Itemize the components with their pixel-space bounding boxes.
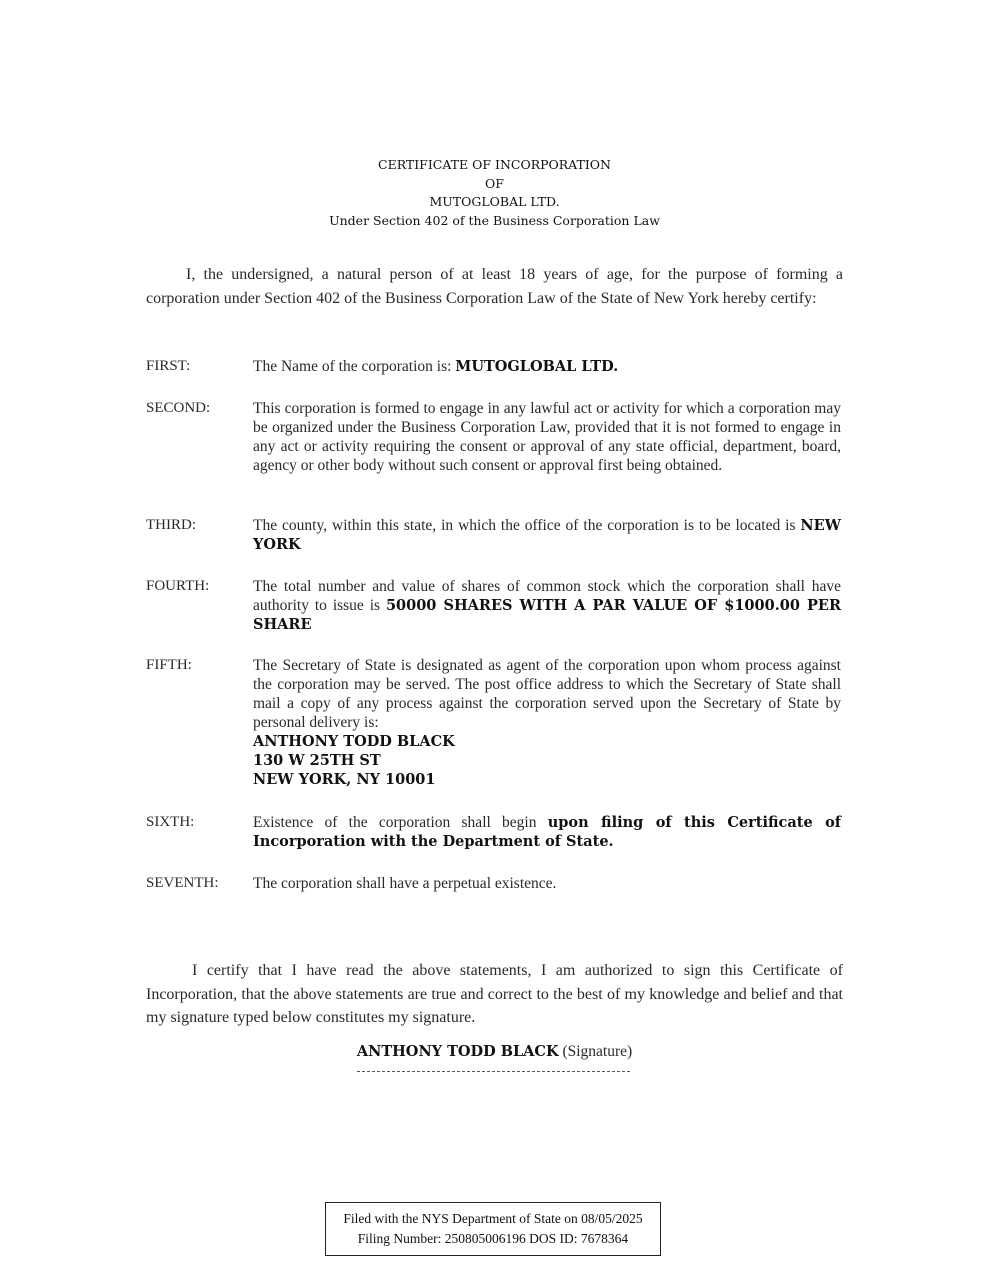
certification-paragraph: I certify that I have read the above sta…	[146, 959, 843, 1030]
title-line-2: OF	[0, 175, 989, 194]
article-label: FIRST:	[146, 357, 190, 376]
title-corporation-name: MUTOGLOBAL LTD.	[0, 193, 989, 212]
article-body: Existence of the corporation shall begin…	[253, 813, 841, 851]
filing-date-line: Filed with the NYS Department of State o…	[326, 1209, 660, 1229]
article-label: THIRD:	[146, 516, 196, 535]
article-label: SEVENTH:	[146, 874, 219, 893]
article-body: The total number and value of shares of …	[253, 577, 841, 634]
article-label: SECOND:	[146, 399, 210, 418]
article-label: SIXTH:	[146, 813, 194, 832]
document-title: CERTIFICATE OF INCORPORATION OF MUTOGLOB…	[0, 156, 989, 230]
title-line-1: CERTIFICATE OF INCORPORATION	[0, 156, 989, 175]
article-body: The Name of the corporation is: MUTOGLOB…	[253, 357, 841, 376]
certification-text: I certify that I have read the above sta…	[146, 962, 843, 1026]
signature-block: ANTHONY TODD BLACK (Signature)	[0, 1043, 989, 1061]
agent-street: 130 W 25TH ST	[253, 751, 841, 770]
signer-name: ANTHONY TODD BLACK	[357, 1043, 559, 1060]
article-label: FOURTH:	[146, 577, 209, 596]
intro-paragraph: I, the undersigned, a natural person of …	[146, 263, 843, 310]
agent-city: NEW YORK, NY 10001	[253, 770, 841, 789]
corporation-name: MUTOGLOBAL LTD.	[455, 358, 618, 375]
article-body: This corporation is formed to engage in …	[253, 399, 841, 475]
article-body: The Secretary of State is designated as …	[253, 656, 841, 789]
filing-stamp: Filed with the NYS Department of State o…	[325, 1202, 661, 1256]
article-label: FIFTH:	[146, 656, 192, 675]
article-body: The county, within this state, in which …	[253, 516, 841, 554]
filing-number-line: Filing Number: 250805006196 DOS ID: 7678…	[326, 1229, 660, 1249]
intro-text: I, the undersigned, a natural person of …	[146, 266, 843, 307]
agent-name: ANTHONY TODD BLACK	[253, 732, 841, 751]
signature-suffix: (Signature)	[559, 1043, 633, 1060]
title-statute: Under Section 402 of the Business Corpor…	[0, 212, 989, 231]
article-body: The corporation shall have a perpetual e…	[253, 874, 841, 893]
signature-line	[357, 1071, 630, 1072]
